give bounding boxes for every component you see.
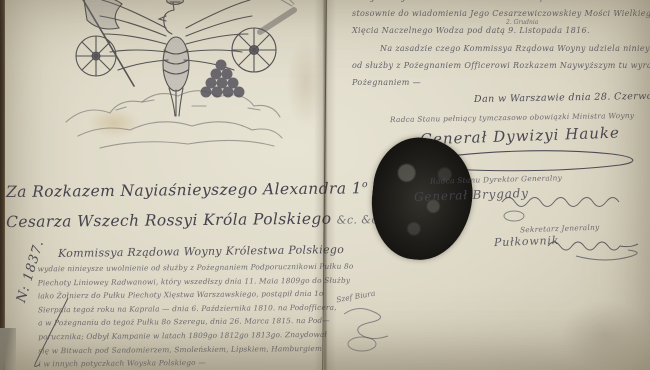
margin-number-flourish bbox=[24, 296, 74, 368]
eagle-engraving bbox=[52, 0, 298, 160]
minister-title-line: Radca Stanu pełniący tymczasowo obowiązk… bbox=[390, 111, 634, 124]
director-signature-scribble bbox=[500, 190, 640, 224]
basis-line: Na zasadzie czego Kommissya Rządowa Woyn… bbox=[380, 44, 650, 53]
secretary-title-line: Sekretarz Jeneralny bbox=[520, 223, 600, 235]
notice-line: stosownie do wiadomienia Jego Cesarzewic… bbox=[352, 9, 650, 18]
minister-signature: Generał Dywizyi Hauke bbox=[420, 124, 620, 149]
body-line: i w innych potyczkach Woyska Polskiego — bbox=[38, 355, 354, 370]
framed-historical-document: Za Rozkazem Nayiaśnieyszego Alexandra 1o… bbox=[0, 0, 650, 370]
secretary-signature-scribble bbox=[546, 236, 646, 266]
service-record-paragraph: wydaie ninieysze uwolnienie od służby z … bbox=[38, 260, 355, 370]
farewell-line: Pożegnaniem — bbox=[352, 78, 421, 87]
corner-shadow bbox=[0, 328, 16, 370]
discharge-line: od służby z Pożegnaniem Officerowi Rozka… bbox=[352, 61, 650, 70]
place-date-line: Dan w Warszawie dnia 28. Czerwca 1817-r. bbox=[474, 90, 650, 105]
frame-edge bbox=[0, 0, 5, 370]
left-page: Za Rozkazem Nayiaśnieyszego Alexandra 1o… bbox=[4, 0, 320, 370]
date-correction-note: 2. Grudnia bbox=[506, 19, 538, 26]
clipped-top-line: Nayiaśnieyszemu Panu do Zatwierdzenia po… bbox=[358, 0, 617, 2]
clerk-note-scribble bbox=[338, 304, 398, 354]
commander-date-line: Xięcia Naczelnego Wodza pod datą 9. List… bbox=[352, 26, 590, 35]
clerk-note: Szef Biura bbox=[336, 289, 376, 305]
right-page: Nayiaśnieyszemu Panu do Zatwierdzenia po… bbox=[328, 0, 650, 370]
war-commission-line: Kommissya Rządowa Woyny Królestwa Polski… bbox=[58, 243, 344, 260]
